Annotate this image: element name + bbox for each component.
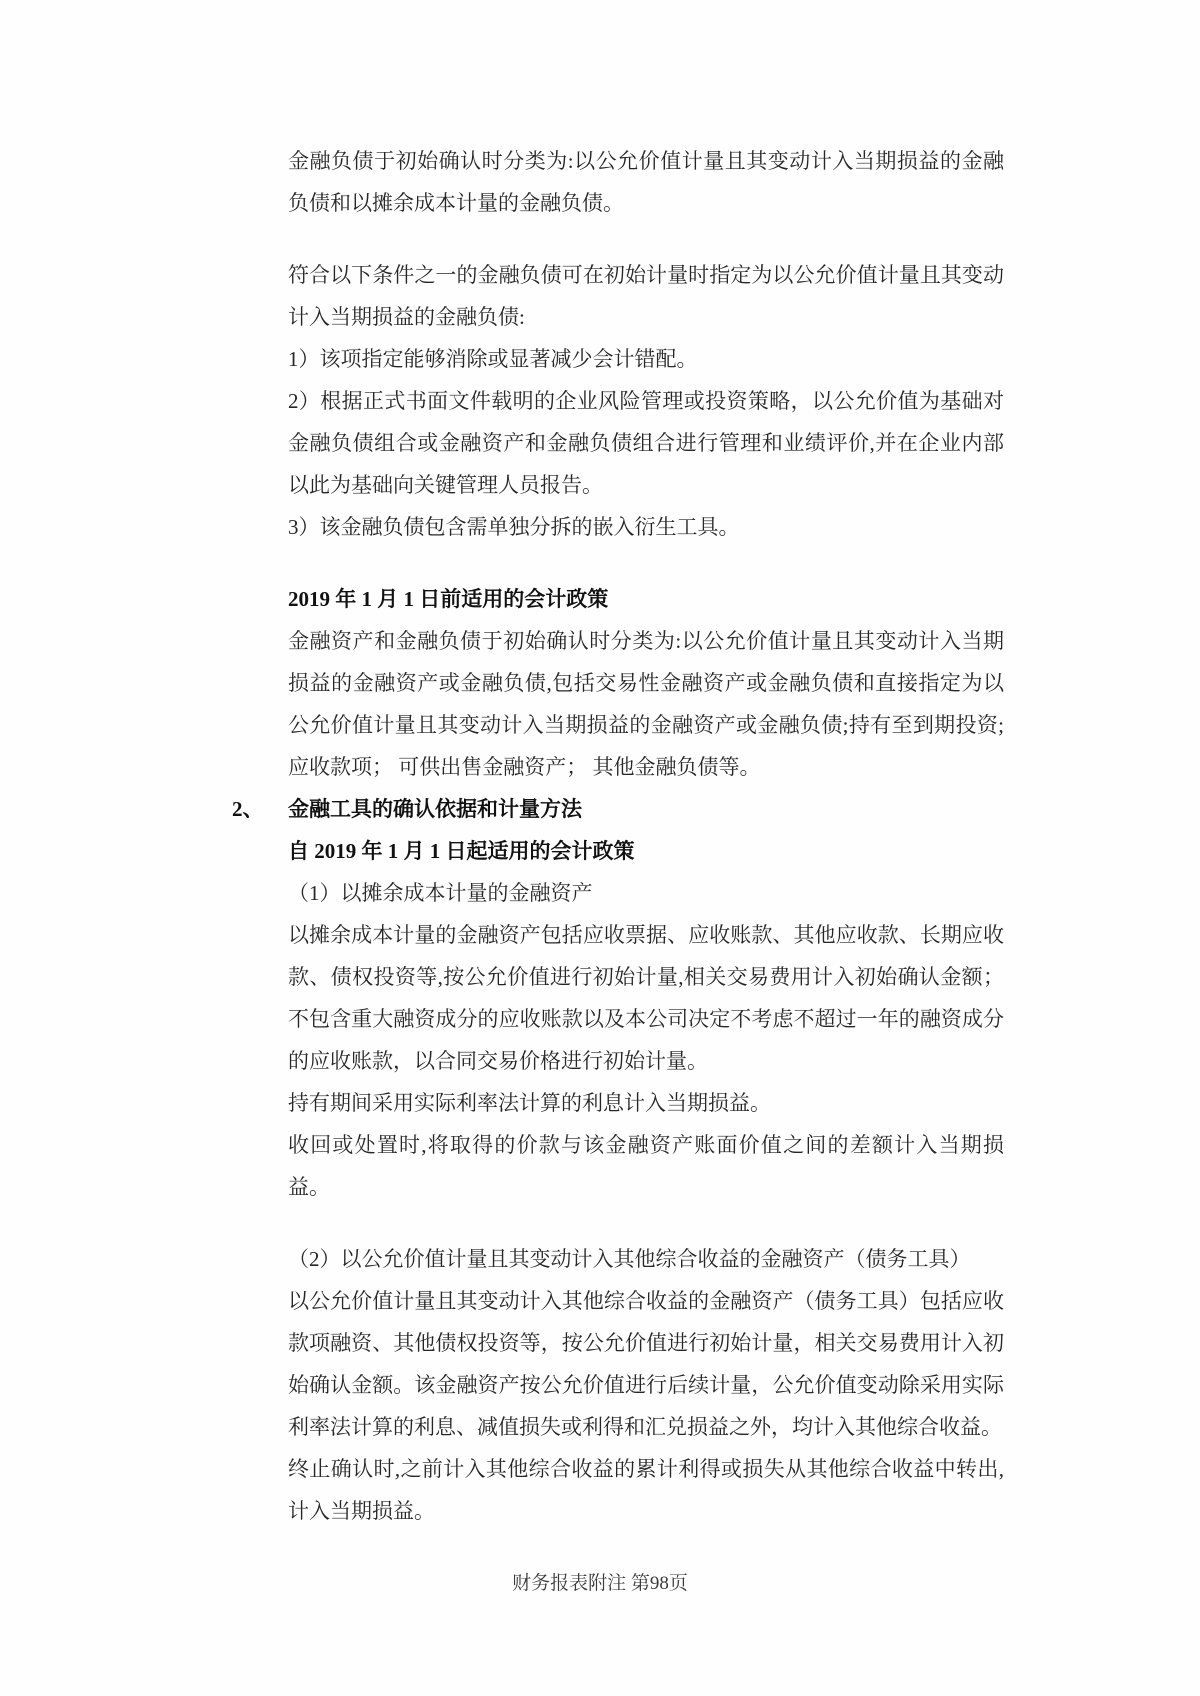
list-item-2: 2）根据正式书面文件载明的企业风险管理或投资策略，以公允价值为基础对金融负债组合… [288,380,1004,506]
list-item-1: 1）该项指定能够消除或显著减少会计错配。 [288,338,1004,380]
subsection-2-paragraph-2: 终止确认时,之前计入其他综合收益的累计利得或损失从其他综合收益中转出,计入当期损… [288,1448,1004,1532]
section-2-title: 金融工具的确认依据和计量方法 [288,797,582,821]
subsection-1-title: （1）以摊余成本计量的金融资产 [288,872,1004,914]
heading-post-2019-policy: 自 2019 年 1 月 1 日起适用的会计政策 [288,830,1004,872]
document-page: 金融负债于初始确认时分类为:以公允价值计量且其变动计入当期损益的金融负债和以摊余… [0,0,1200,1696]
list-item-3: 3）该金融负债包含需单独分拆的嵌入衍生工具。 [288,506,1004,548]
document-body: 金融负债于初始确认时分类为:以公允价值计量且其变动计入当期损益的金融负债和以摊余… [288,140,1004,1532]
subsection-1-paragraph-3: 收回或处置时,将取得的价款与该金融资产账面价值之间的差额计入当期损益。 [288,1124,1004,1208]
subsection-1-paragraph-2: 持有期间采用实际利率法计算的利息计入当期损益。 [288,1082,1004,1124]
subsection-2-title: （2）以公允价值计量且其变动计入其他综合收益的金融资产（债务工具） [288,1238,1004,1280]
heading-pre-2019-policy: 2019 年 1 月 1 日前适用的会计政策 [288,578,1004,620]
paragraph-designation-conditions: 符合以下条件之一的金融负债可在初始计量时指定为以公允价值计量且其变动计入当期损益… [288,254,1004,338]
section-2-number: 2、 [232,788,264,830]
page-footer: 财务报表附注 第98页 [0,1570,1200,1598]
subsection-2-paragraph-1: 以公允价值计量且其变动计入其他综合收益的金融资产（债务工具）包括应收款项融资、其… [288,1280,1004,1448]
paragraph-financial-liability-classification: 金融负债于初始确认时分类为:以公允价值计量且其变动计入当期损益的金融负债和以摊余… [288,140,1004,224]
subsection-1-paragraph-1: 以摊余成本计量的金融资产包括应收票据、应收账款、其他应收款、长期应收款、债权投资… [288,914,1004,1082]
paragraph-pre-2019-policy: 金融资产和金融负债于初始确认时分类为:以公允价值计量且其变动计入当期损益的金融资… [288,620,1004,788]
section-2-heading: 2、 金融工具的确认依据和计量方法 [288,788,1004,830]
